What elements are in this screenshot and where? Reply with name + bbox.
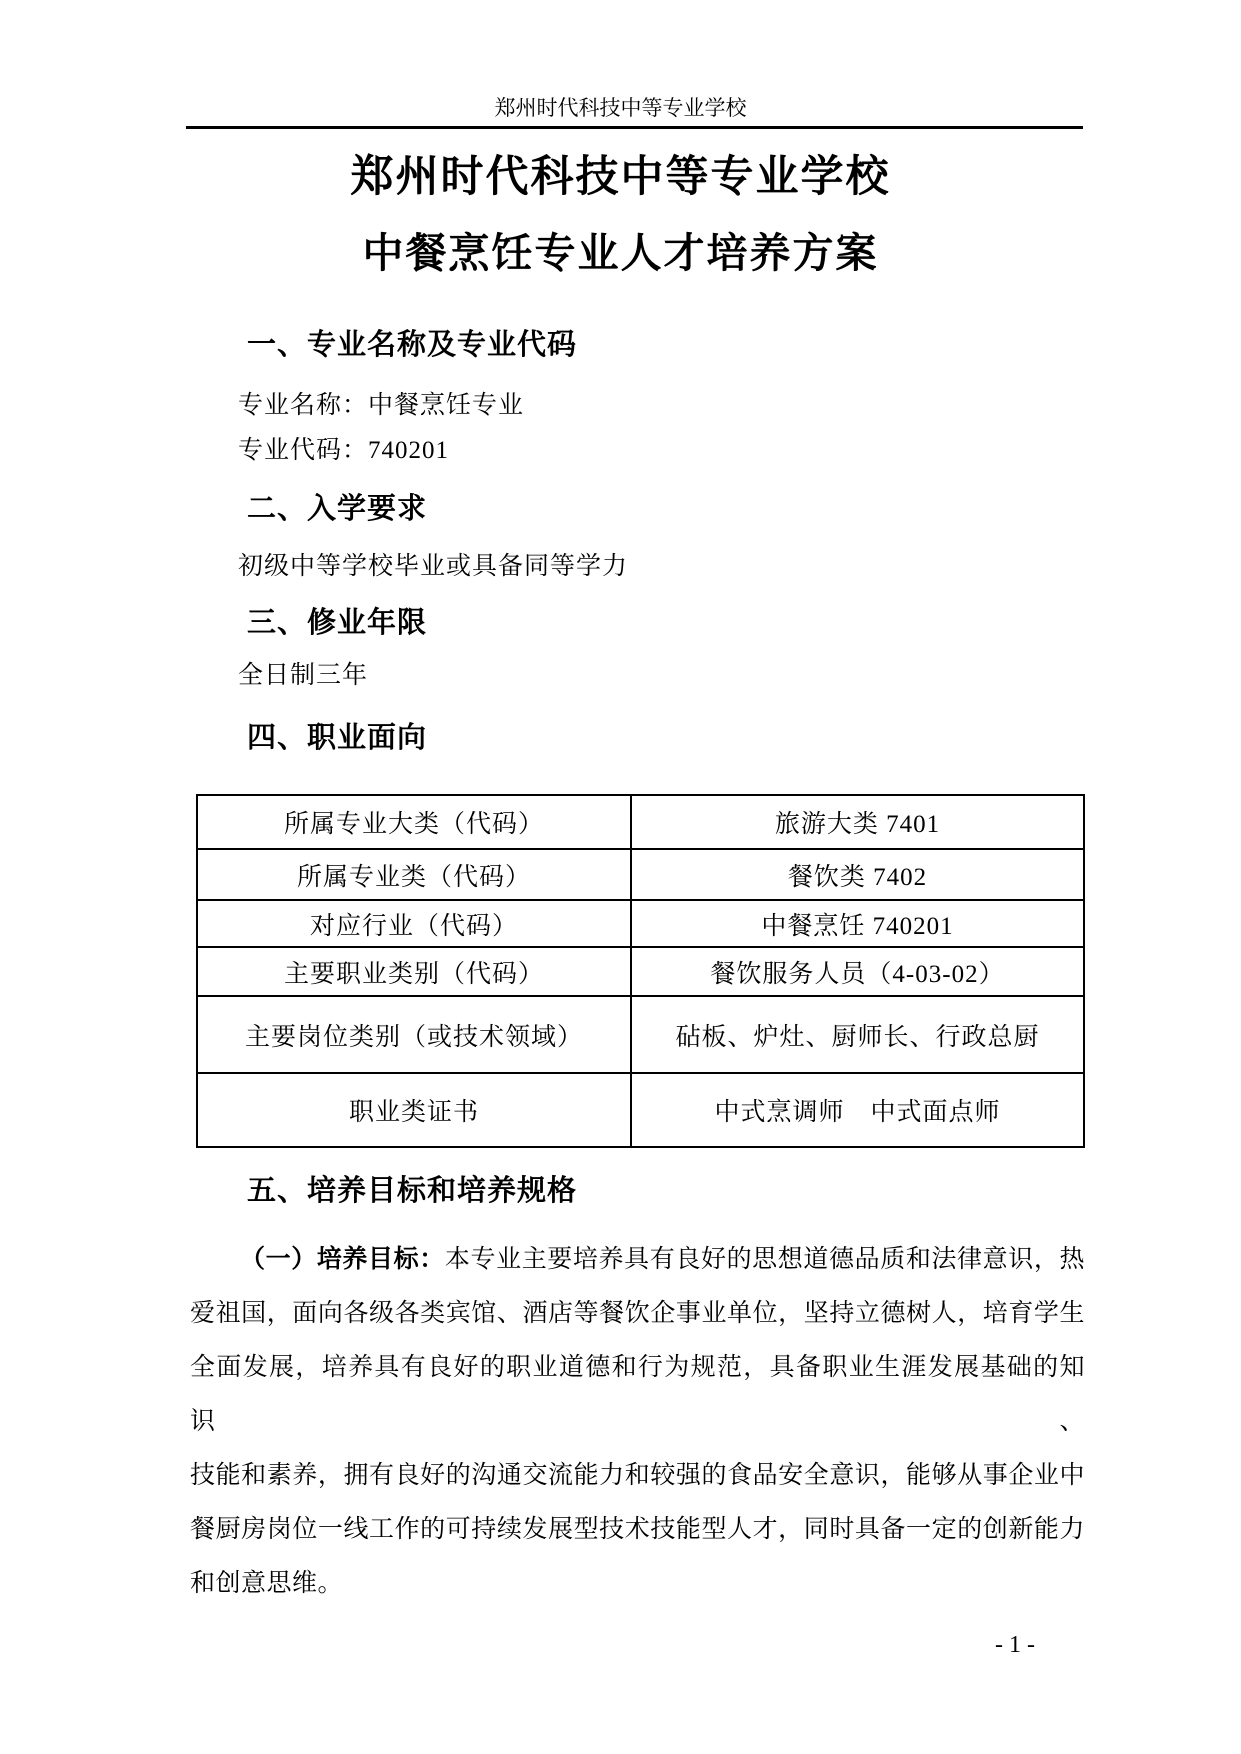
table-cell-value: 中式烹调师 中式面点师: [631, 1073, 1084, 1147]
document-subtitle: 中餐烹饪专业人才培养方案: [0, 230, 1241, 276]
table-row: 对应行业（代码） 中餐烹饪 740201: [197, 900, 1084, 947]
study-duration-line: 全日制三年: [238, 661, 368, 691]
admission-requirement-line: 初级中等学校毕业或具备同等学力: [238, 552, 628, 582]
table-cell-label: 主要岗位类别（或技术领域）: [197, 996, 631, 1073]
paragraph-line: 餐厨房岗位一线工作的可持续发展型技术技能型人才，同时具备一定的创新能力: [190, 1503, 1085, 1557]
paragraph-line: 技能和素养，拥有良好的沟通交流能力和较强的食品安全意识，能够从事企业中: [190, 1449, 1085, 1503]
table-cell-label: 所属专业大类（代码）: [197, 795, 631, 849]
paragraph-lead-label: （一）培养目标：: [240, 1245, 445, 1273]
section-heading-1: 一、专业名称及专业代码: [247, 329, 577, 361]
table-row: 主要岗位类别（或技术领域） 砧板、炉灶、厨师长、行政总厨: [197, 996, 1084, 1073]
paragraph-line: 和创意思维。: [190, 1557, 1085, 1611]
table-cell-value: 餐饮类 7402: [631, 849, 1084, 900]
major-code-line: 专业代码：740201: [238, 436, 449, 466]
section-heading-4: 四、职业面向: [247, 722, 427, 754]
running-header: 郑州时代科技中等专业学校: [0, 96, 1241, 120]
section-heading-5: 五、培养目标和培养规格: [247, 1175, 577, 1207]
document-page: 郑州时代科技中等专业学校 郑州时代科技中等专业学校 中餐烹饪专业人才培养方案 一…: [0, 0, 1241, 1754]
page-number: - 1 -: [940, 1631, 1090, 1659]
major-name-line: 专业名称：中餐烹饪专业: [238, 391, 524, 421]
table-cell-label: 主要职业类别（代码）: [197, 947, 631, 996]
table-cell-value: 砧板、炉灶、厨师长、行政总厨: [631, 996, 1084, 1073]
table-row: 所属专业大类（代码） 旅游大类 7401: [197, 795, 1084, 849]
section-heading-2: 二、入学要求: [247, 493, 427, 525]
table-cell-label: 职业类证书: [197, 1073, 631, 1147]
table-row: 所属专业类（代码） 餐饮类 7402: [197, 849, 1084, 900]
table-cell-value: 餐饮服务人员（4-03-02）: [631, 947, 1084, 996]
table-row: 职业类证书 中式烹调师 中式面点师: [197, 1073, 1084, 1147]
table-cell-label: 对应行业（代码）: [197, 900, 631, 947]
paragraph-line: （一）培养目标：本专业主要培养具有良好的思想道德品质和法律意识，热: [190, 1232, 1085, 1287]
table-cell-value: 旅游大类 7401: [631, 795, 1084, 849]
paragraph-line: 爱祖国，面向各级各类宾馆、酒店等餐饮企事业单位，坚持立德树人，培育学生: [190, 1287, 1085, 1341]
section-heading-3: 三、修业年限: [247, 607, 427, 639]
table-row: 主要职业类别（代码） 餐饮服务人员（4-03-02）: [197, 947, 1084, 996]
table-cell-value: 中餐烹饪 740201: [631, 900, 1084, 947]
document-title: 郑州时代科技中等专业学校: [0, 155, 1241, 201]
training-objective-paragraph: （一）培养目标：本专业主要培养具有良好的思想道德品质和法律意识，热 爱祖国，面向…: [190, 1232, 1085, 1611]
header-rule: [186, 126, 1083, 129]
paragraph-line-text: 本专业主要培养具有良好的思想道德品质和法律意识，热: [445, 1246, 1085, 1273]
paragraph-line: 全面发展，培养具有良好的职业道德和行为规范，具备职业生涯发展基础的知识、: [190, 1341, 1085, 1449]
career-orientation-table: 所属专业大类（代码） 旅游大类 7401 所属专业类（代码） 餐饮类 7402 …: [196, 794, 1085, 1148]
table-cell-label: 所属专业类（代码）: [197, 849, 631, 900]
